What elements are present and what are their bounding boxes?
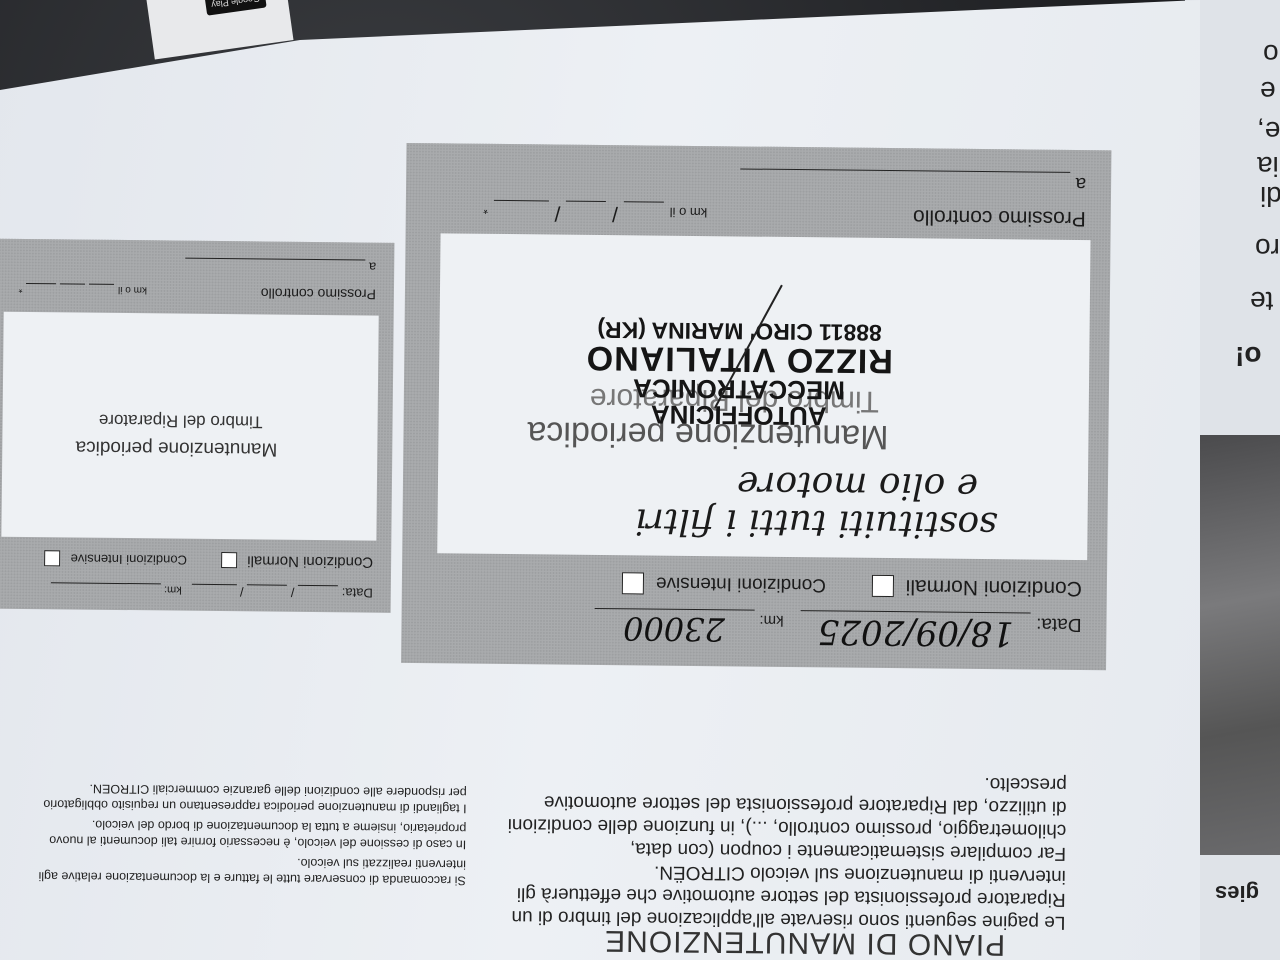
next-check-year-field[interactable] [494,200,549,202]
coupon-title: Manutenzione periodica [75,436,277,460]
intro-section: PIANO DI MANUTENZIONE Le pagine seguenti… [505,767,1067,957]
next-check-day-field[interactable] [624,201,664,202]
stamp-line: AUTOFFICINA [579,401,899,430]
date-day-field[interactable] [298,585,338,586]
km-field[interactable]: 23000 [594,608,754,649]
cond-normal-checkbox[interactable] [872,574,894,596]
facing-text-fragment: ro [1255,232,1280,264]
date-month-field[interactable] [247,584,287,585]
date-separator: / [554,202,560,225]
date-row: Data: 18/09/2025 km: 23000 [594,608,1082,654]
facing-text-fragment: o! [1235,340,1261,372]
date-field[interactable]: 18/09/2025 [801,610,1031,653]
facing-text-fragment: te [1250,285,1273,317]
maintenance-coupon-1: Data: 18/09/2025 km: 23000 Condizioni No… [401,143,1111,670]
next-check-month-field[interactable] [60,283,85,284]
next-check-label: Prossimo controllo [913,205,1086,230]
km-label: km: [759,612,783,629]
repairer-stamp: AUTOFFICINA MECCATRONICA RIZZO VITALIANO… [579,318,900,430]
next-check-row: Prossimo controllo km o il / / * [483,200,1086,230]
next-check-row: Prossimo controllo km o il * [18,283,376,303]
date-separator: / [612,202,618,225]
date-label: Data: [1036,614,1082,635]
cond-intensive-checkbox[interactable] [44,550,60,566]
date-separator: / [291,585,295,600]
app-store-badge: Google Play [204,0,266,16]
cond-normal-checkbox[interactable] [221,552,237,568]
cond-normal-label: Condizioni Normali [906,575,1082,600]
intro-paragraph: Le pagine seguenti sono riservate all'ap… [505,859,1066,934]
next-check-year-field[interactable] [26,283,56,284]
side-note-text: Si raccomanda di conservare tutte le fat… [36,852,466,889]
conditions-row: Condizioni Normali Condizioni Intensive [44,550,373,570]
stamp-line: 88811 [819,319,882,346]
date-separator: / [240,584,244,599]
date-row: Data: / / km: [50,582,373,600]
coupon-stamp-area: sostituiti tutti i filtri e olio motore … [437,233,1090,560]
facing-text-fragment: e [1260,75,1276,107]
facing-text-fragment: gies [1215,880,1259,906]
date-label: Data: [342,585,373,600]
next-check-km-field[interactable] [740,168,1070,172]
intro-paragraph: Far compilare sistematicamente i coupon … [506,767,1067,865]
facing-text-fragment: di [1260,180,1280,212]
km-field[interactable] [50,582,160,584]
cond-intensive-label: Condizioni Intensive [70,551,187,567]
facing-text-fragment: o [1263,38,1279,70]
conditions-row: Condizioni Normali Condizioni Intensive [622,571,1082,600]
next-check-a-label: a [369,260,376,275]
facing-text-fragment: ia [1257,150,1279,182]
stamp-line: CIRO' MARINA (KR) [597,317,813,345]
next-check-a-label: a [1075,173,1086,194]
next-check-day-field[interactable] [89,284,114,285]
handwritten-note: e olio motore [737,463,978,507]
booklet-page: PIANO DI MANUTENZIONE Le pagine seguenti… [0,0,1200,960]
footnote-mark: * [18,283,22,294]
date-year-field[interactable] [191,584,236,585]
coupon-stamp-area: Manutenzione periodica Timbro del Ripara… [1,312,378,541]
side-note-text: I tagliandi di manutenzione periodica ra… [36,780,466,817]
maintenance-coupon-2: Data: / / km: Condizioni Normali Condizi… [0,239,394,613]
handwritten-note: sostituiti tutti i filtri [635,500,998,545]
stamp-caption: Timbro del Riparatore [99,410,263,432]
next-check-km-label: km o il [670,205,708,220]
next-check-km-label: km o il [118,284,147,295]
next-check-km-row: a [740,168,1086,194]
facing-text-fragment: e, [1257,115,1280,147]
next-check-km-field[interactable] [185,258,365,261]
side-note: Si raccomanda di conservare tutte le fat… [36,776,467,888]
cond-intensive-label: Condizioni Intensive [656,573,826,596]
next-check-km-row: a [185,258,376,275]
next-check-month-field[interactable] [566,201,606,202]
cond-normal-label: Condizioni Normali [247,552,373,570]
footnote-mark: * [483,203,488,217]
next-check-label: Prossimo controllo [261,285,376,302]
cond-intensive-checkbox[interactable] [622,572,644,594]
side-note-text: In caso di cessione del veicolo, è neces… [36,816,466,853]
km-label: km: [164,583,182,595]
